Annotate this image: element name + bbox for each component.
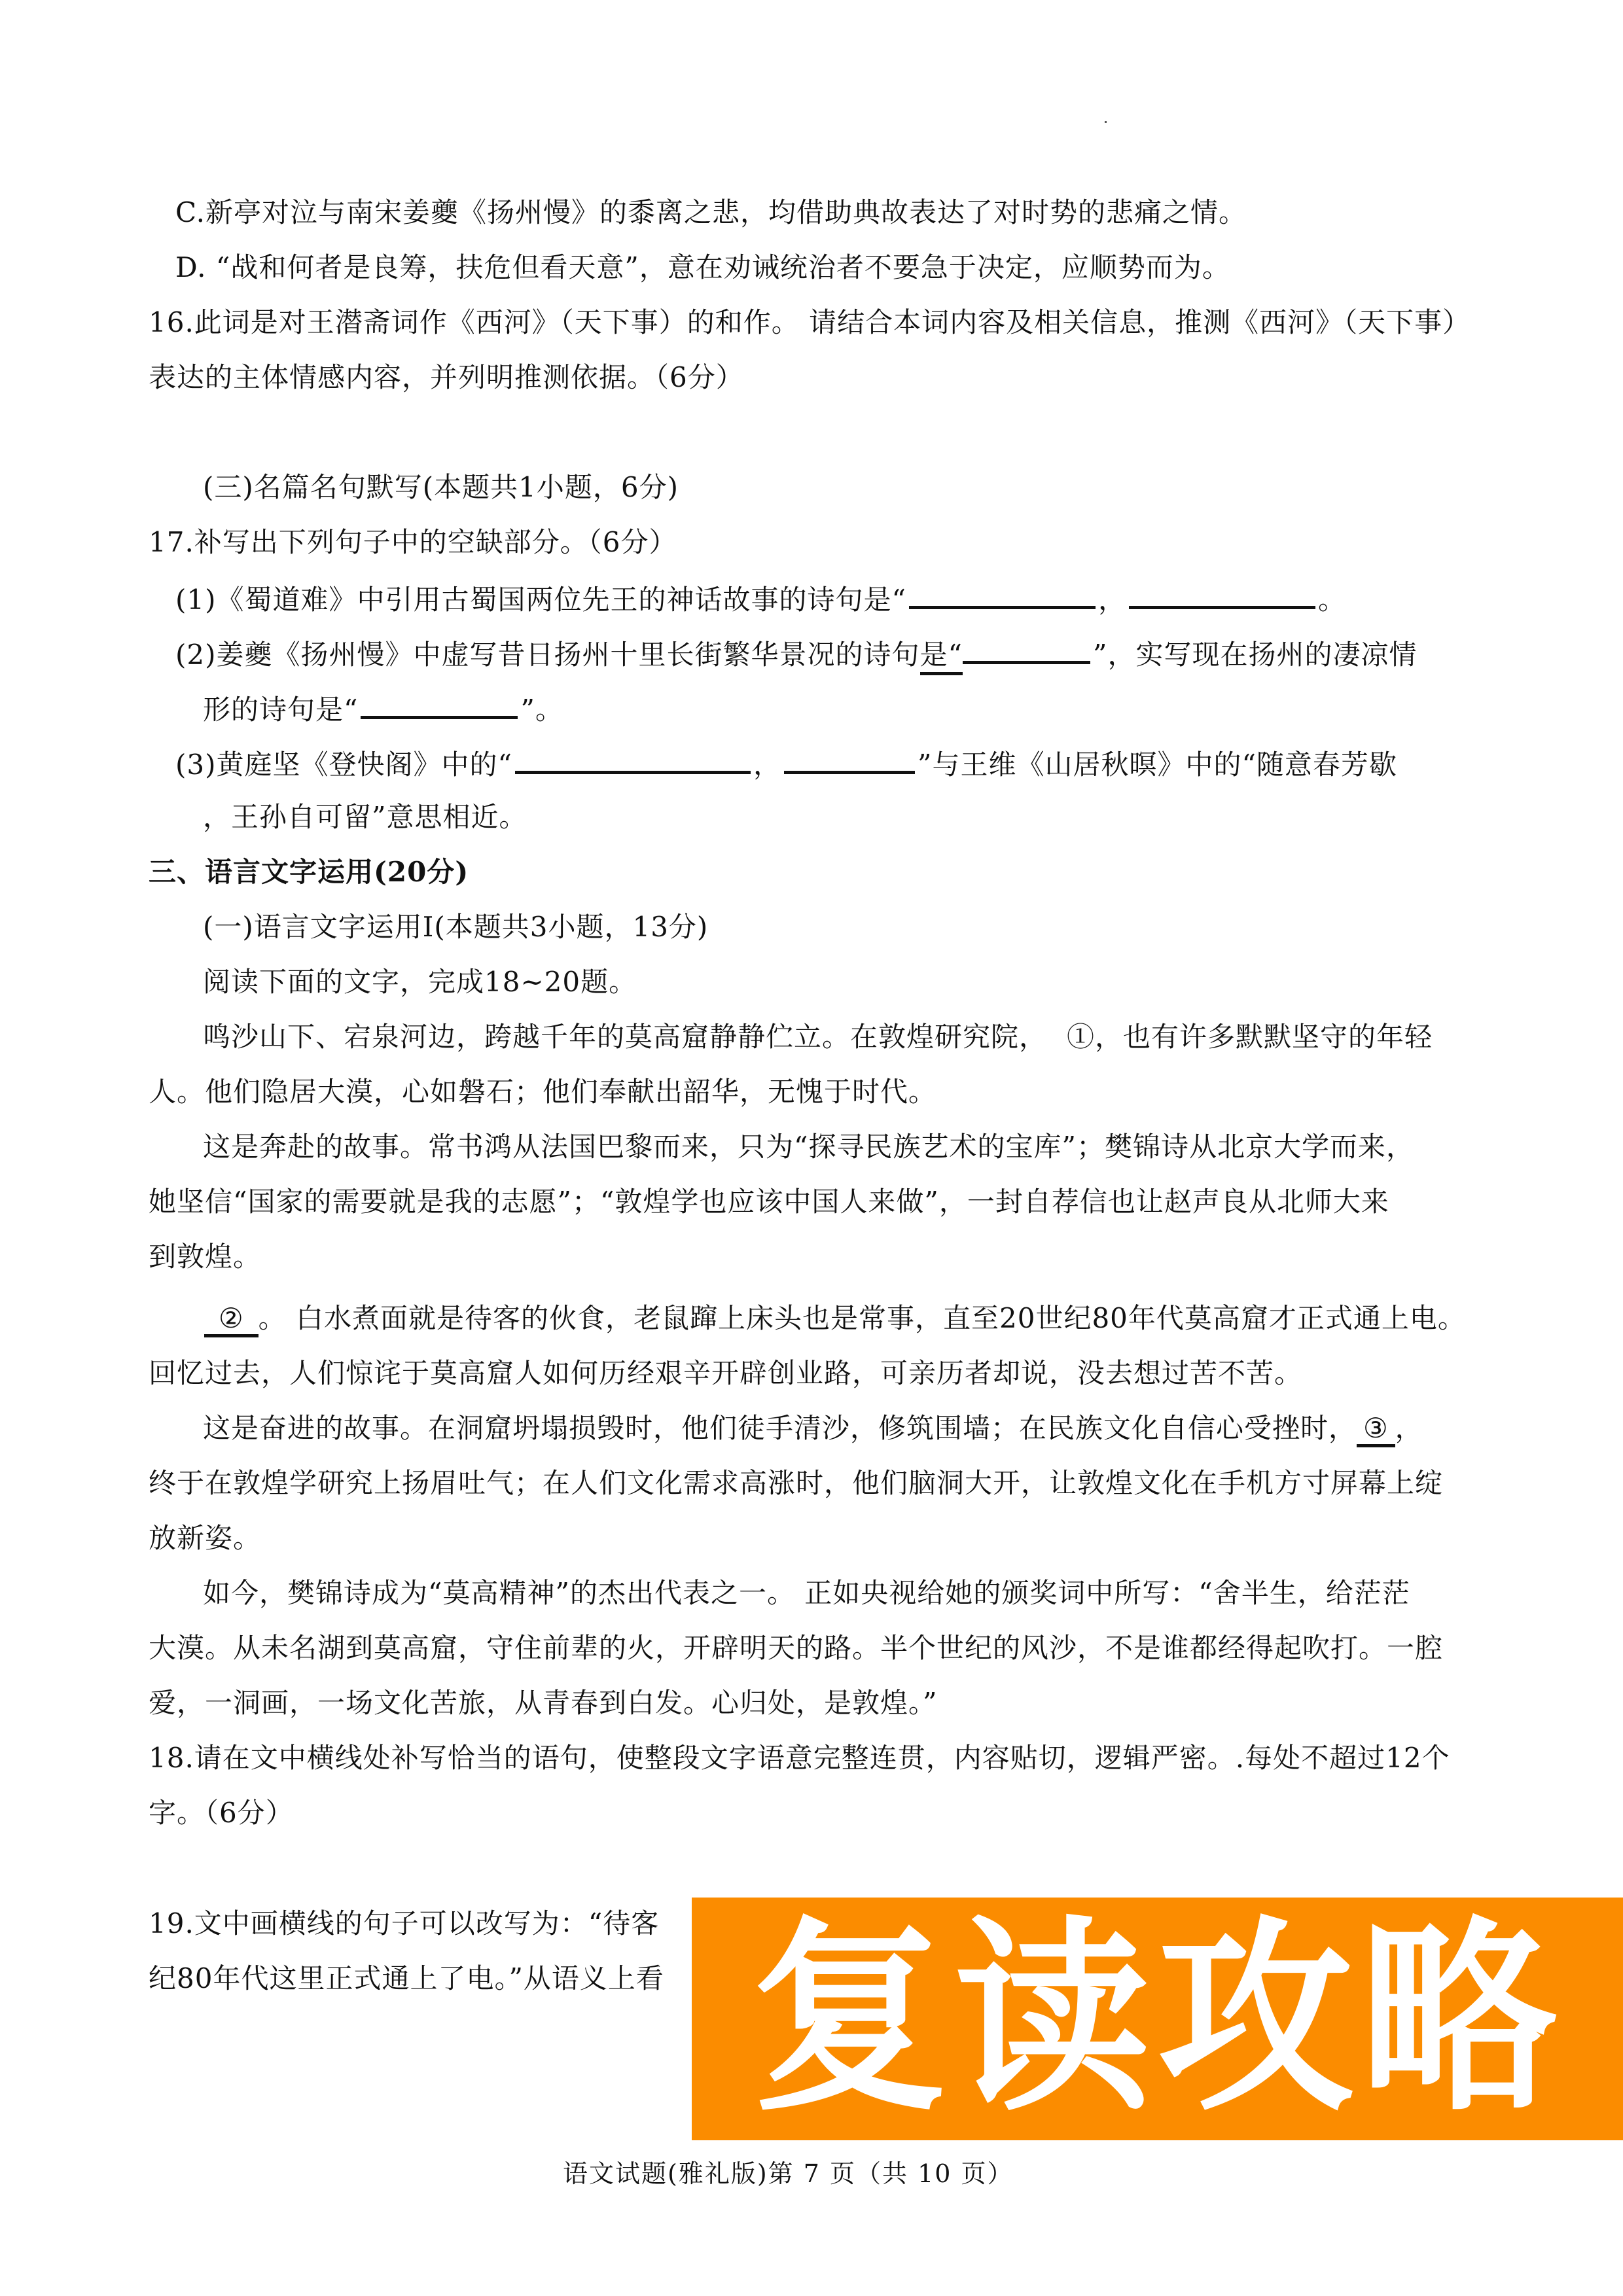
passage-p2-line1: 这是奔赴的故事。常书鸿从法国巴黎而来，只为“探寻民族艺术的宝库”；樊锦诗从北京大…: [203, 1131, 1414, 1163]
passage-p5-line2: 大漠。从未名湖到莫高窟，守住前辈的火，开辟明天的路。半个世纪的风沙，不是谁都经得…: [149, 1632, 1443, 1665]
passage-p2-line2: 她坚信“国家的需要就是我的志愿”；“敦煌学也应该中国人来做”，一封自荐信也让赵声…: [149, 1186, 1389, 1218]
q17-item2: (2)姜夔《扬州慢》中虚写昔日扬州十里长街繁华景况的诗句是“”，实写现在扬州的凄…: [175, 636, 1417, 671]
q17-item2-blank-1[interactable]: [963, 636, 1090, 664]
q17-item3-suffix: ”与王维《山居秋暝》中的“随意春芳歇: [918, 749, 1397, 781]
section-heading-recitation: (三)名篇名句默写(本题共1小题，6分): [203, 471, 679, 504]
passage-p3-line2: 回忆过去，人们惊诧于莫高窟人如何历经艰辛开辟创业路，可亲历者却说，没去想过苦不苦…: [149, 1357, 1302, 1390]
q17-item1-prefix: (1)《蜀道难》中引用古蜀国两位先王的神话故事的诗句是“: [175, 584, 906, 616]
q19-line2: 纪80年代这里正式通上了电。”从语义上看: [149, 1962, 664, 1995]
q17-item1-sep: ，: [1098, 584, 1126, 616]
passage-p3-text: 。 白水煮面就是待客的伙食，老鼠蹿上床头也是常事，直至20世纪80年代莫高窟才正…: [259, 1302, 1466, 1334]
passage-p4-text-a: 这是奋进的故事。在洞窟坍塌损毁时，他们徒手清沙，修筑围墙；在民族文化自信心受挫时…: [203, 1412, 1357, 1444]
q17-item2-underlined: 是“: [920, 639, 963, 675]
part3-subheading: (一)语言文字运用Ⅰ(本题共3小题，13分): [203, 911, 708, 944]
q17-item1-blank-1[interactable]: [909, 581, 1096, 609]
q17-item1: (1)《蜀道难》中引用古蜀国两位先王的神话故事的诗句是“，。: [175, 581, 1346, 616]
q17-item3-sep: ，: [753, 749, 781, 781]
watermark-text: 复读攻略: [752, 1916, 1563, 2122]
scan-speck: [1105, 121, 1107, 123]
q17-item2-line2-suffix: ”。: [520, 694, 563, 726]
passage-p4-line2: 终于在敦煌学研究上扬眉吐气；在人们文化需求高涨时，他们脑洞大开，让敦煌文化在手机…: [149, 1467, 1443, 1500]
q17-item3-blank-2[interactable]: [784, 746, 915, 774]
q17-item1-suffix: 。: [1318, 584, 1346, 616]
passage-p5-line3: 爱，一洞画，一场文化苦旅，从青春到白发。心归处，是敦煌。”: [149, 1687, 937, 1720]
q17-item3: (3)黄庭坚《登快阁》中的“，”与王维《山居秋暝》中的“随意春芳歇: [175, 746, 1397, 781]
q17-item3-prefix: (3)黄庭坚《登快阁》中的“: [175, 749, 512, 781]
part3-heading: 三、语言文字运用(20分): [149, 856, 469, 889]
q17-item2-line2-prefix: 形的诗句是“: [203, 694, 358, 726]
passage-p5-line1: 如今，樊锦诗成为“莫高精神”的杰出代表之一。 正如央视给她的颁奖词中所写：“舍半…: [203, 1577, 1410, 1610]
passage-p1-line1: 鸣沙山下、宕泉河边，跨越千年的莫高窟静静伫立。在敦煌研究院，①，也有许多默默坚守…: [203, 1021, 1433, 1053]
q18-line1: 18.请在文中横线处补写恰当的语句，使整段文字语意完整连贯，内容贴切，逻辑严密。…: [149, 1742, 1450, 1775]
passage-p3-line1: ②。 白水煮面就是待客的伙食，老鼠蹿上床头也是常事，直至20世纪80年代莫高窟才…: [204, 1302, 1466, 1335]
passage-p1-text-a: 鸣沙山下、宕泉河边，跨越千年的莫高窟静静伫立。在敦煌研究院，: [203, 1021, 1047, 1053]
blank-marker-2: ②: [204, 1302, 259, 1337]
q16-line2: 表达的主体情感内容，并列明推测依据。（6分）: [149, 361, 744, 394]
q17-item2-blank-2[interactable]: [361, 691, 518, 719]
passage-p1-text-b: ，也有许多默默坚守的年轻: [1095, 1021, 1433, 1053]
passage-p4-line3: 放新姿。: [149, 1522, 261, 1555]
q17-item2-mid: ”，实写现在扬州的凄凉情: [1093, 639, 1417, 671]
page-footer: 语文试题(雅礼版)第 7 页（共 10 页）: [563, 2159, 1014, 2188]
q16-line1: 16.此词是对王潜斋词作《西河》（天下事）的和作。 请结合本词内容及相关信息，推…: [149, 306, 1471, 339]
reading-instruction: 阅读下面的文字，完成18~20题。: [203, 966, 637, 998]
q17-item2-prefix: (2)姜夔《扬州慢》中虚写昔日扬州十里长街繁华景况的诗句: [175, 639, 920, 671]
passage-p4-text-b: ，: [1395, 1412, 1423, 1444]
option-d: D. “战和何者是良筹，扶危但看天意”，意在劝诫统治者不要急于决定，应顺势而为。: [175, 251, 1230, 284]
q17-stem: 17.补写出下列句子中的空缺部分。（6分）: [149, 526, 677, 559]
q18-line2: 字。（6分）: [149, 1797, 294, 1829]
watermark-banner: 复读攻略: [692, 1898, 1623, 2140]
q17-item2-line2: 形的诗句是“”。: [203, 691, 563, 726]
passage-p4-line1: 这是奋进的故事。在洞窟坍塌损毁时，他们徒手清沙，修筑围墙；在民族文化自信心受挫时…: [203, 1412, 1423, 1445]
q17-item1-blank-2[interactable]: [1129, 581, 1315, 609]
passage-p1-line2: 人。他们隐居大漠，心如磐石；他们奉献出韶华，无愧于时代。: [149, 1076, 936, 1108]
blank-marker-3: ③: [1357, 1412, 1395, 1447]
q17-item3-line2: ，王孙自可留”意思相近。: [203, 801, 527, 834]
q17-item3-blank-1[interactable]: [515, 746, 751, 774]
passage-p2-line3: 到敦煌。: [149, 1241, 261, 1273]
q19-line1: 19.文中画横线的句子可以改写为：“待客: [149, 1907, 659, 1940]
blank-marker-1: ①: [1067, 1021, 1095, 1053]
option-c: C.新亭对泣与南宋姜夔《扬州慢》的黍离之悲，均借助典故表达了对时势的悲痛之情。: [175, 196, 1247, 229]
